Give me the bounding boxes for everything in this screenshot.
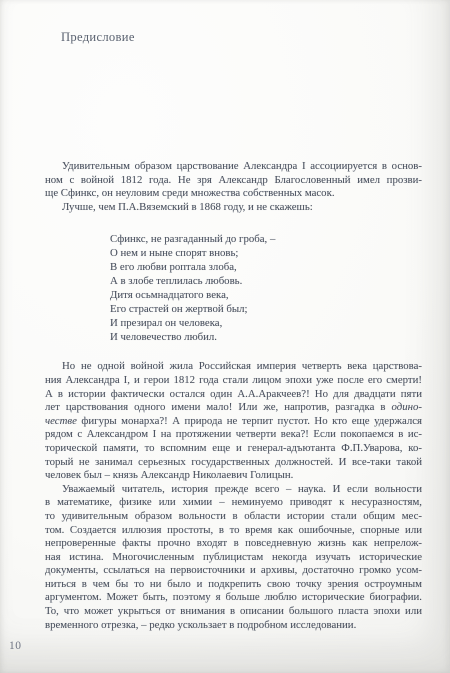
paragraph-intro: Лучше, чем П.А.Вяземский в 1868 году, и … [45,201,422,215]
poem-line: В его любви роптала злоба, [110,260,422,274]
poem-line: Сфинкс, не разгаданный до гроба, – [110,232,422,246]
poem-line: И презирал он человека, [110,316,422,330]
text-line: честве фигуры монарха?! А природа не тер… [45,415,422,429]
paragraph-1: Удивительным образом царствование Алекса… [45,160,422,201]
poem-line: О нем и ныне спорят вновь; [110,246,422,260]
poem-line: И человечество любил. [110,330,422,344]
text-line: лет царствования одного имени мало! Или … [45,401,422,415]
text-line: Лучше, чем П.А.Вяземский в 1868 году, и … [45,201,422,215]
text-line: человек был – князь Александр Николаевич… [45,469,422,483]
text-line: ще Сфинкс, он неуловим среди множества с… [45,187,422,201]
text-line: ном с войной 1812 года. Не зря Александр… [45,174,422,188]
text-line: ния Александра I, и герои 1812 года стал… [45,374,422,388]
page-heading: Предисловие [61,30,135,45]
text-line: ная истина. Многочисленным публицистам н… [45,551,422,565]
page-number: 10 [9,640,22,652]
text-segment: лет царствования одного имени мало! Или … [45,401,392,413]
text-line: документы, ссылаться на первоисточники и… [45,564,422,578]
poem-line: Его страстей он жертвой был; [110,302,422,316]
text-line: торый не занимал серьезных государственн… [45,456,422,470]
poem-line: Дитя осьмнадцатого века, [110,288,422,302]
italic-text-segment: честве [45,415,77,427]
text-line: То, что может укрыться от внимания в опи… [45,605,422,619]
paragraph-3: Уважаемый читатель, история прежде всего… [45,483,422,633]
text-line: ниться в чем бы то ни было и подкрепить … [45,578,422,592]
text-line: торической памяти, то вспомним еще и ген… [45,442,422,456]
text-line: Удивительным образом царствование Алекса… [45,160,422,174]
text-line: в математике, физике или химии – неминуе… [45,496,422,510]
text-line: Но не одной войной жила Российская импер… [45,360,422,374]
text-block: Удивительным образом царствование Алекса… [45,160,422,632]
italic-text-segment: одино- [392,401,422,413]
text-line: временного отрезка, – редко ускользает в… [45,619,422,633]
text-segment: фигуры монарха?! А природа не терпит пус… [77,415,422,427]
text-line: том. Создается иллюзия простоты, в то вр… [45,524,422,538]
text-line: аргументом. Может быть, поэтому я больше… [45,591,422,605]
poem-quote: Сфинкс, не разгаданный до гроба, – О нем… [110,232,422,344]
text-line: рядом с Александром I на протяжении четв… [45,428,422,442]
text-line: А в истории фактически остался один А.А.… [45,388,422,402]
book-page: Предисловие Удивительным образом царство… [0,0,450,673]
poem-line: А в злобе теплилась любовь. [110,274,422,288]
paragraph-2: Но не одной войной жила Российская импер… [45,360,422,482]
text-line: то удивительным образом вольности в обла… [45,510,422,524]
text-line: непроверенные факты прочно входят в повс… [45,537,422,551]
text-line: Уважаемый читатель, история прежде всего… [45,483,422,497]
